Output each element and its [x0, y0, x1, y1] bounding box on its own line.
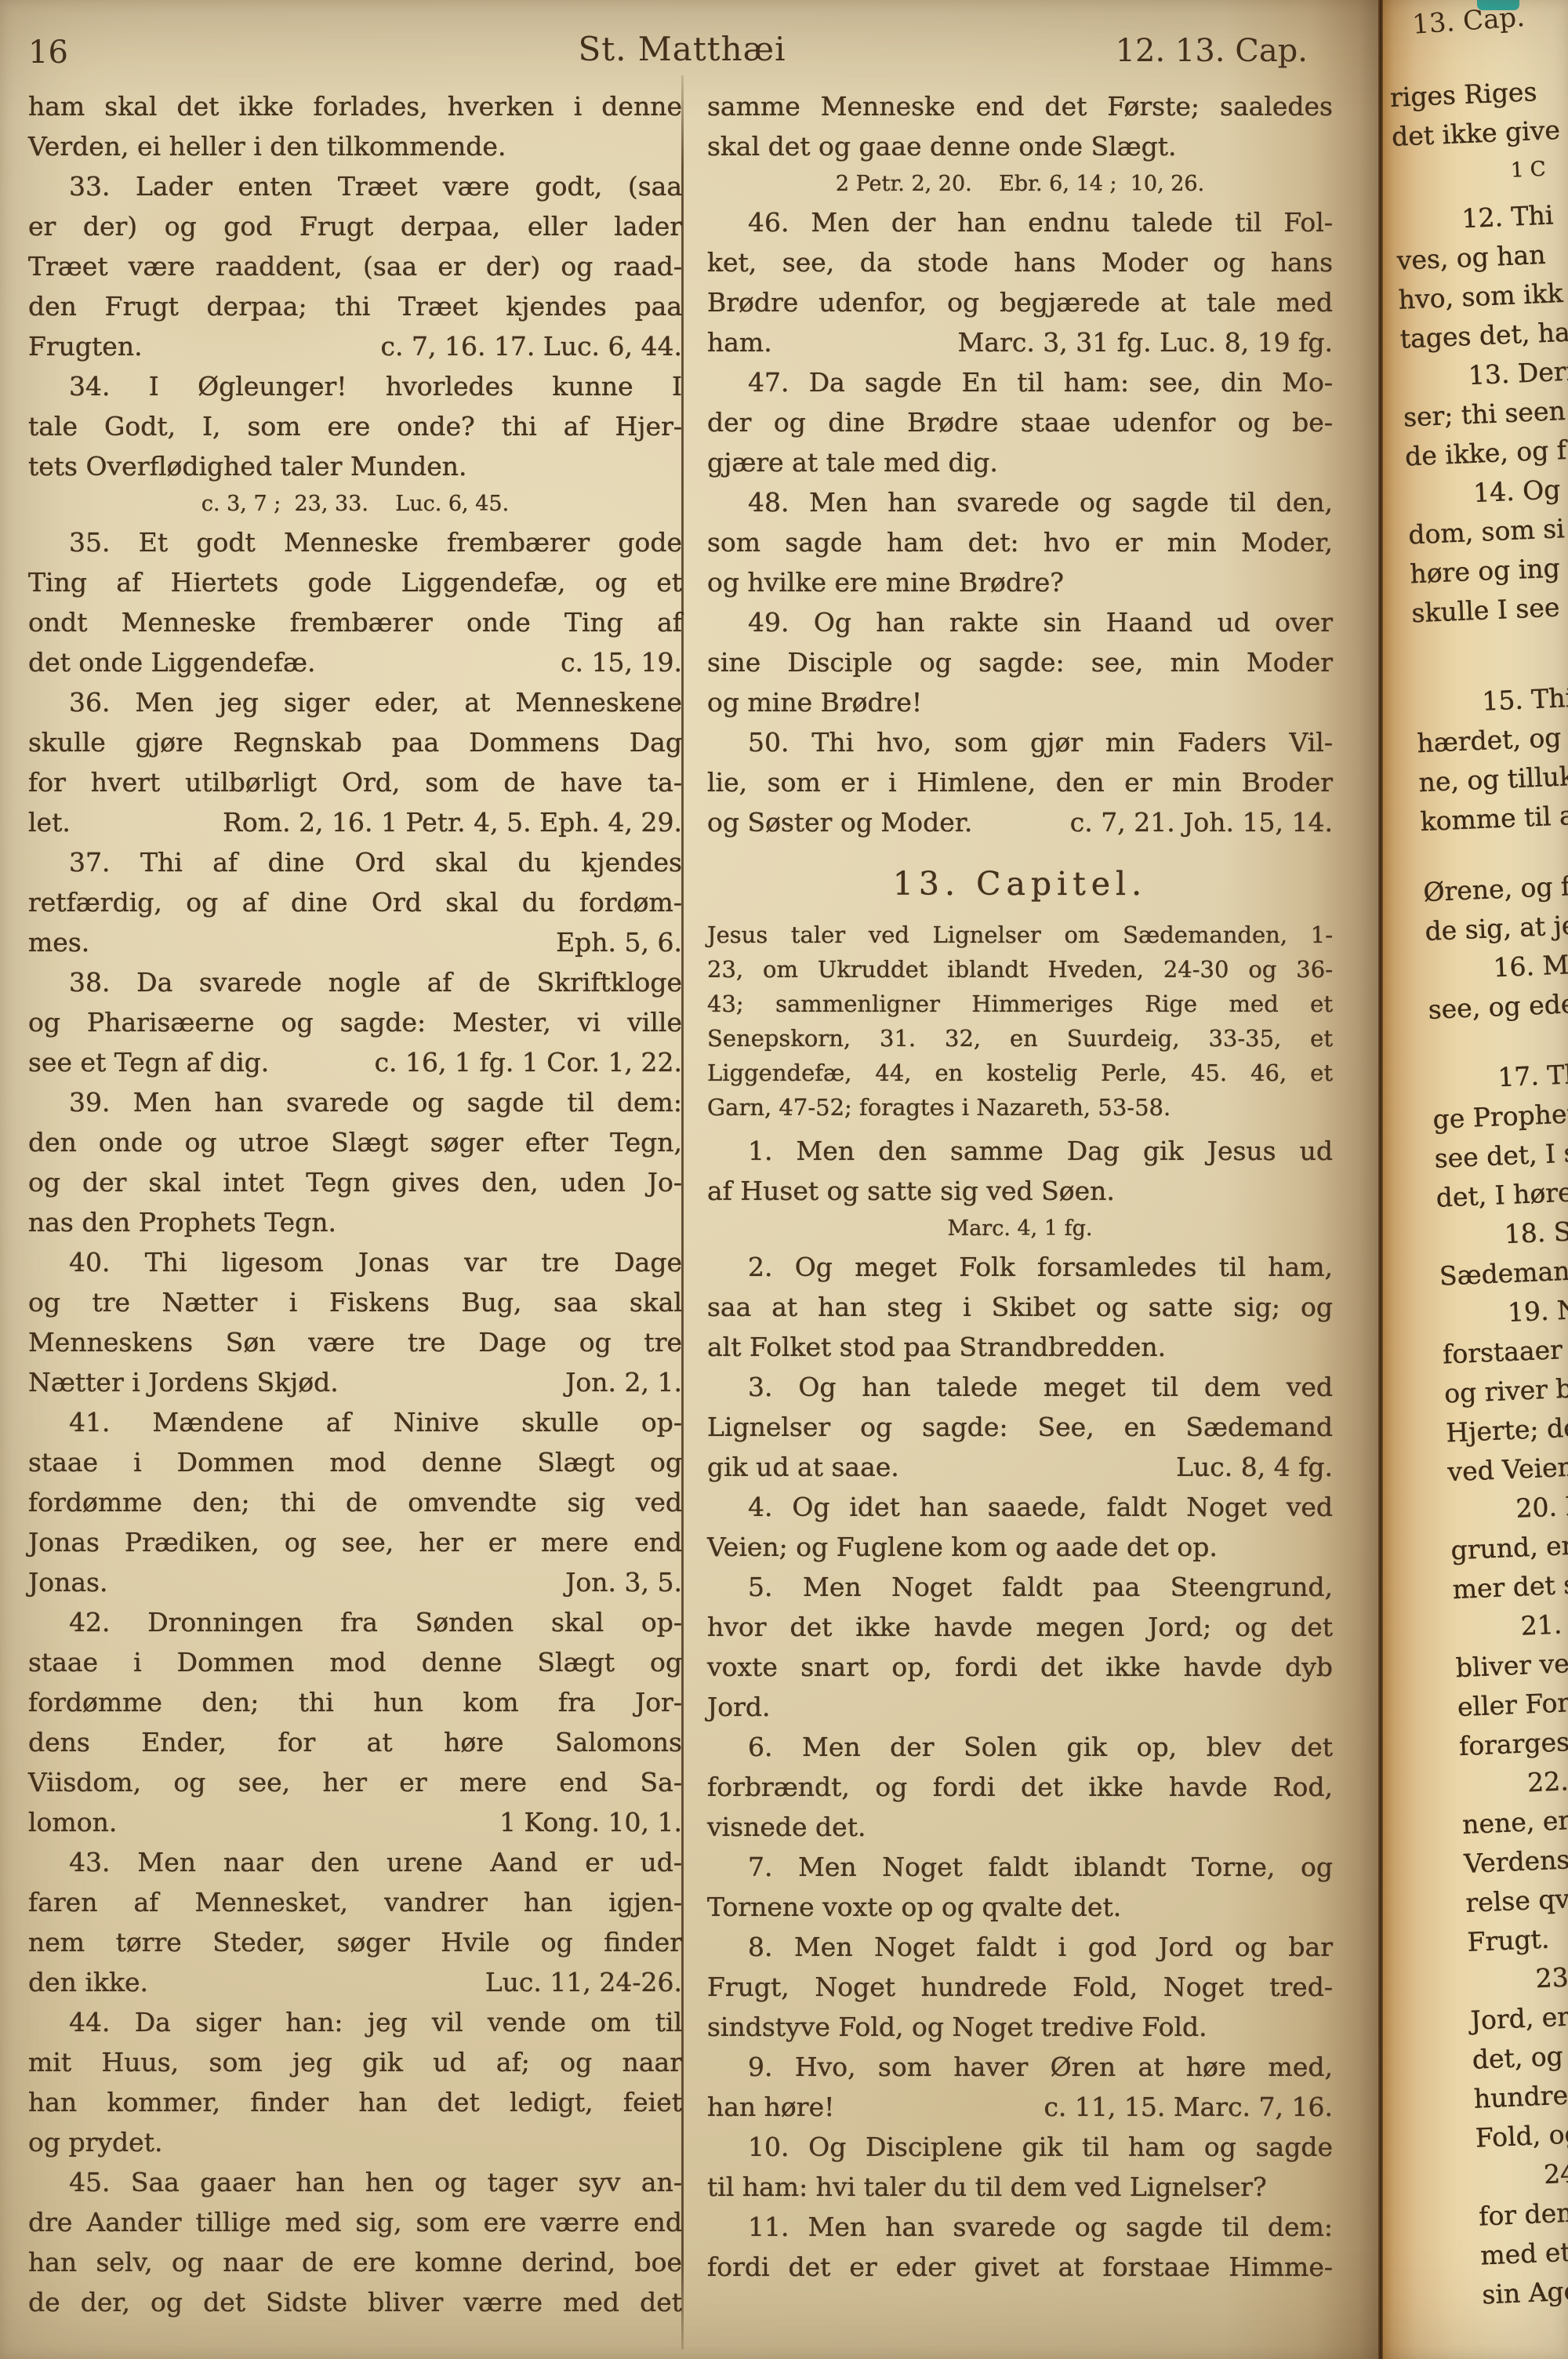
text-line: Verden, ei heller i den tilkommende.	[28, 126, 682, 166]
text-line: af Huset og satte sig ved Søen.	[707, 1171, 1333, 1211]
text-line: og prydet.	[28, 2122, 682, 2162]
text-line: nem tørre Steder, søger Hvile og finder	[28, 1922, 682, 1962]
text-line: Lignelser og sagde: See, en Sædemand	[707, 1407, 1333, 1447]
text-line: han høre!c. 11, 15. Marc. 7, 16.	[707, 2087, 1333, 2127]
text-line: skal det og gaae denne onde Slægt.	[707, 126, 1333, 166]
verse-text: gik ud at saae.	[707, 1447, 899, 1487]
right-text-column: samme Menneske end det Første; saaledess…	[707, 86, 1333, 2287]
text-line: skulle gjøre Regnskab paa Dommens Dag	[28, 722, 682, 762]
verse-text: mes.	[28, 922, 89, 962]
verse-reference: c. 15, 19.	[561, 642, 682, 682]
text-line: 6. Men der Solen gik op, blev det	[707, 1727, 1333, 1767]
left-text-column: ham skal det ikke forlades, hverken i de…	[28, 86, 682, 2322]
text-line: 9. Hvo, som haver Øren at høre med,	[707, 2047, 1333, 2087]
text-line: 43; sammenligner Himmeriges Rige med et	[707, 987, 1333, 1021]
text-line: Marc. 4, 1 fg.	[707, 1211, 1333, 1247]
column-divider	[681, 75, 684, 2350]
text-line: Jord.	[707, 1687, 1333, 1727]
text-line: lie, som er i Himlene, den er min Broder	[707, 762, 1333, 802]
verse-text: og Søster og Moder.	[707, 802, 972, 842]
text-line: Garn, 47-52; foragtes i Nazareth, 53-58.	[707, 1090, 1333, 1125]
text-line: voxte snart op, fordi det ikke havde dyb	[707, 1647, 1333, 1687]
text-line: 2. Og meget Folk forsamledes til ham,	[707, 1247, 1333, 1287]
text-line: er der) og god Frugt derpaa, eller lader	[28, 206, 682, 246]
text-line: Jonas.Jon. 3, 5.	[28, 1562, 682, 1602]
text-line: 37. Thi af dine Ord skal du kjendes	[28, 842, 682, 882]
text-line: og tre Nætter i Fiskens Bug, saa skal	[28, 1282, 682, 1322]
page-header: 16 St. Matthæi 12. 13. Cap.	[0, 30, 1364, 80]
verse-text: Frugten.	[28, 326, 143, 366]
book-photo: 16 St. Matthæi 12. 13. Cap. 13. Cap. ham…	[0, 0, 1568, 2359]
text-line: 47. Da sagde En til ham: see, din Mo-	[707, 362, 1333, 402]
text-line: 49. Og han rakte sin Haand ud over	[707, 602, 1333, 642]
text-line: 41. Mændene af Ninive skulle op-	[28, 1402, 682, 1442]
text-line: Nætter i Jordens Skjød.Jon. 2, 1.	[28, 1362, 682, 1402]
text-line: nas den Prophets Tegn.	[28, 1202, 682, 1242]
text-line: 44. Da siger han: jeg vil vende om til	[28, 2002, 682, 2042]
text-line: der og dine Brødre staae udenfor og be-	[707, 402, 1333, 442]
text-line: den Frugt derpaa; thi Træet kjendes paa	[28, 286, 682, 326]
text-line: 15. Thi d	[1414, 675, 1568, 725]
text-line: Liggendefæ, 44, en kostelig Perle, 45. 4…	[707, 1056, 1333, 1090]
text-line: den ikke.Luc. 11, 24-26.	[28, 1962, 682, 2002]
text-line: og Søster og Moder.c. 7, 21. Joh. 15, 14…	[707, 802, 1333, 842]
text-line: ket, see, da stode hans Moder og hans	[707, 242, 1333, 282]
verse-reference: Jon. 2, 1.	[565, 1362, 682, 1402]
verse-text: han høre!	[707, 2087, 834, 2127]
text-line: ham.Marc. 3, 31 fg. Luc. 8, 19 fg.	[707, 322, 1333, 362]
text-line: Menneskens Søn være tre Dage og tre	[28, 1322, 682, 1362]
text-line: og der skal intet Tegn gives den, uden J…	[28, 1162, 682, 1202]
text-line: 42. Dronningen fra Sønden skal op-	[28, 1602, 682, 1642]
text-line: og mine Brødre!	[707, 682, 1333, 722]
text-line: retfærdig, og af dine Ord skal du fordøm…	[28, 882, 682, 922]
text-line: 11. Men han svarede og sagde til dem:	[707, 2207, 1333, 2247]
text-line: det onde Liggendefæ.c. 15, 19.	[28, 642, 682, 682]
chapter-heading: 13. Capitel.	[707, 863, 1333, 904]
text-line: tets Overflødighed taler Munden.	[28, 446, 682, 486]
text-line: fordømme den; thi hun kom fra Jor-	[28, 1682, 682, 1722]
text-line: Senepskorn, 31. 32, en Suurdeig, 33-35, …	[707, 1021, 1333, 1056]
text-line: 38. Da svarede nogle af de Skriftkloge	[28, 962, 682, 1002]
text-line: 2 Petr. 2, 20. Ebr. 6, 14 ; 10, 26.	[707, 166, 1333, 202]
verse-reference: Marc. 3, 31 fg. Luc. 8, 19 fg.	[958, 322, 1333, 362]
text-line: 43. Men naar den urene Aand er ud-	[28, 1842, 682, 1882]
text-line: Viisdom, og see, her er mere end Sa-	[28, 1762, 682, 1802]
text-line: let.Rom. 2, 16. 1 Petr. 4, 5. Eph. 4, 29…	[28, 802, 682, 842]
text-line: som sagde ham det: hvo er min Moder,	[707, 522, 1333, 562]
text-line: 45. Saa gaaer han hen og tager syv an-	[28, 2162, 682, 2202]
text-line: Brødre udenfor, og begjærede at tale med	[707, 282, 1333, 322]
text-line: 48. Men han svarede og sagde til den,	[707, 482, 1333, 522]
verse-reference: 1 Kong. 10, 1.	[499, 1802, 682, 1842]
text-line: Ting af Hiertets gode Liggendefæ, og et	[28, 562, 682, 602]
text-line: see et Tegn af dig.c. 16, 1 fg. 1 Cor. 1…	[28, 1042, 682, 1082]
text-line: Frugten.c. 7, 16. 17. Luc. 6, 44.	[28, 326, 682, 366]
text-line: staae i Dommen mod denne Slægt og	[28, 1642, 682, 1682]
text-line: 8. Men Noget faldt i god Jord og bar	[707, 1927, 1333, 1967]
text-line: fordømme den; thi de omvendte sig ved	[28, 1482, 682, 1522]
verse-text: let.	[28, 802, 71, 842]
text-line: 10. Og Disciplene gik til ham og sagde	[707, 2127, 1333, 2167]
book-cover-corner	[1477, 0, 1519, 10]
text-line: sine Disciple og sagde: see, min Moder	[707, 642, 1333, 682]
verse-text: Nætter i Jordens Skjød.	[28, 1362, 339, 1402]
text-line: tale Godt, I, som ere onde? thi af Hjer-	[28, 406, 682, 446]
text-line: 1. Men den samme Dag gik Jesus ud	[707, 1131, 1333, 1171]
text-line: Jonas Prædiken, og see, her er mere end	[28, 1522, 682, 1562]
text-line: 36. Men jeg siger eder, at Menneskene	[28, 682, 682, 722]
verse-text: Jonas.	[28, 1562, 107, 1602]
text-line: Ørene, og f	[1422, 863, 1568, 913]
text-line: sindstyve Fold, og Noget tredive Fold.	[707, 2007, 1333, 2047]
text-line: Frugt, Noget hundrede Fold, Noget tred-	[707, 1967, 1333, 2007]
text-line: saa at han steg i Skibet og satte sig; o…	[707, 1287, 1333, 1327]
text-line: 39. Men han svarede og sagde til dem:	[28, 1082, 682, 1122]
verse-reference: Luc. 11, 24-26.	[485, 1962, 682, 2002]
text-line: fordi det er eder givet at forstaae Himm…	[707, 2247, 1333, 2287]
text-line: 3. Og han talede meget til dem ved	[707, 1367, 1333, 1407]
verse-reference: c. 7, 21. Joh. 15, 14.	[1070, 802, 1333, 842]
verse-reference: c. 7, 16. 17. Luc. 6, 44.	[381, 326, 682, 366]
verse-reference: Rom. 2, 16. 1 Petr. 4, 5. Eph. 4, 29.	[223, 802, 682, 842]
text-line: 4. Og idet han saaede, faldt Noget ved	[707, 1487, 1333, 1527]
text-line: visnede det.	[707, 1807, 1333, 1847]
text-line: og Pharisæerne og sagde: Mester, vi vill…	[28, 1002, 682, 1042]
text-line: alt Folket stod paa Strandbredden.	[707, 1327, 1333, 1367]
text-line: 35. Et godt Menneske frembærer gode	[28, 522, 682, 562]
text-line: staae i Dommen mod denne Slægt og	[28, 1442, 682, 1482]
text-line: den onde og utroe Slægt søger efter Tegn…	[28, 1122, 682, 1162]
text-line: c. 3, 7 ; 23, 33. Luc. 6, 45.	[28, 486, 682, 522]
text-line: ham skal det ikke forlades, hverken i de…	[28, 86, 682, 126]
verse-text: ham.	[707, 322, 772, 362]
verse-text: see et Tegn af dig.	[28, 1042, 269, 1082]
text-line: 50. Thi hvo, som gjør min Faders Vil-	[707, 722, 1333, 762]
verse-reference: c. 11, 15. Marc. 7, 16.	[1044, 2087, 1333, 2127]
verse-text: lomon.	[28, 1802, 117, 1842]
text-line: dre Aander tillige med sig, som ere værr…	[28, 2202, 682, 2242]
text-line: mes.Eph. 5, 6.	[28, 922, 682, 962]
text-line: lomon.1 Kong. 10, 1.	[28, 1802, 682, 1842]
text-line: Veien; og Fuglene kom og aade det op.	[707, 1527, 1333, 1567]
chapter-reference: 12. 13. Cap.	[1116, 33, 1308, 69]
text-line: de der, og det Sidste bliver værre med d…	[28, 2282, 682, 2322]
text-line: ondt Menneske frembærer onde Ting af	[28, 602, 682, 642]
text-line: Træet være raaddent, (saa er der) og raa…	[28, 246, 682, 286]
text-line: gik ud at saae.Luc. 8, 4 fg.	[707, 1447, 1333, 1487]
text-line: forbrændt, og fordi det ikke havde Rod,	[707, 1767, 1333, 1807]
text-line: dens Ender, for at høre Salomons	[28, 1722, 682, 1762]
text-line: 34. I Øgleunger! hvorledes kunne I	[28, 366, 682, 406]
text-line: 12. Thi	[1395, 192, 1568, 242]
verse-text: den ikke.	[28, 1962, 148, 2002]
text-line: 7. Men Noget faldt iblandt Torne, og	[707, 1847, 1333, 1887]
verse-reference: Jon. 3, 5.	[565, 1562, 682, 1602]
text-line: faren af Mennesket, vandrer han igjen-	[28, 1882, 682, 1922]
text-line: 5. Men Noget faldt paa Steengrund,	[707, 1567, 1333, 1607]
text-line: Tornene voxte op og qvalte det.	[707, 1887, 1333, 1927]
text-line: 46. Men der han endnu talede til Fol-	[707, 202, 1333, 242]
text-line: for hvert utilbørligt Ord, som de have t…	[28, 762, 682, 802]
verse-reference: Eph. 5, 6.	[556, 922, 682, 962]
verse-text: det onde Liggendefæ.	[28, 642, 316, 682]
text-line: 17. Thi sa	[1431, 1051, 1568, 1100]
text-line: 33. Lader enten Træet være godt, (saa	[28, 166, 682, 206]
text-line: han kommer, finder han det ledigt, feiet	[28, 2082, 682, 2122]
text-line: 23, om Ukruddet iblandt Hveden, 24-30 og…	[707, 952, 1333, 987]
text-line: og hvilke ere mine Brødre?	[707, 562, 1333, 602]
text-line: Jesus taler ved Lignelser om Sædemanden,…	[707, 918, 1333, 952]
verse-reference: Luc. 8, 4 fg.	[1176, 1447, 1333, 1487]
text-line: til ham: hvi taler du til dem ved Lignel…	[707, 2167, 1333, 2207]
verse-reference: c. 16, 1 fg. 1 Cor. 1, 22.	[375, 1042, 682, 1082]
text-line: han selv, og naar de ere komne derind, b…	[28, 2242, 682, 2282]
text-line: samme Menneske end det Første; saaledes	[707, 86, 1333, 126]
text-line: mit Huus, som jeg gik ud af; og naar	[28, 2042, 682, 2082]
text-line: gjære at tale med dig.	[707, 442, 1333, 482]
text-line: 40. Thi ligesom Jonas var tre Dage	[28, 1242, 682, 1282]
text-line: hvor det ikke havde megen Jord; og det	[707, 1607, 1333, 1647]
